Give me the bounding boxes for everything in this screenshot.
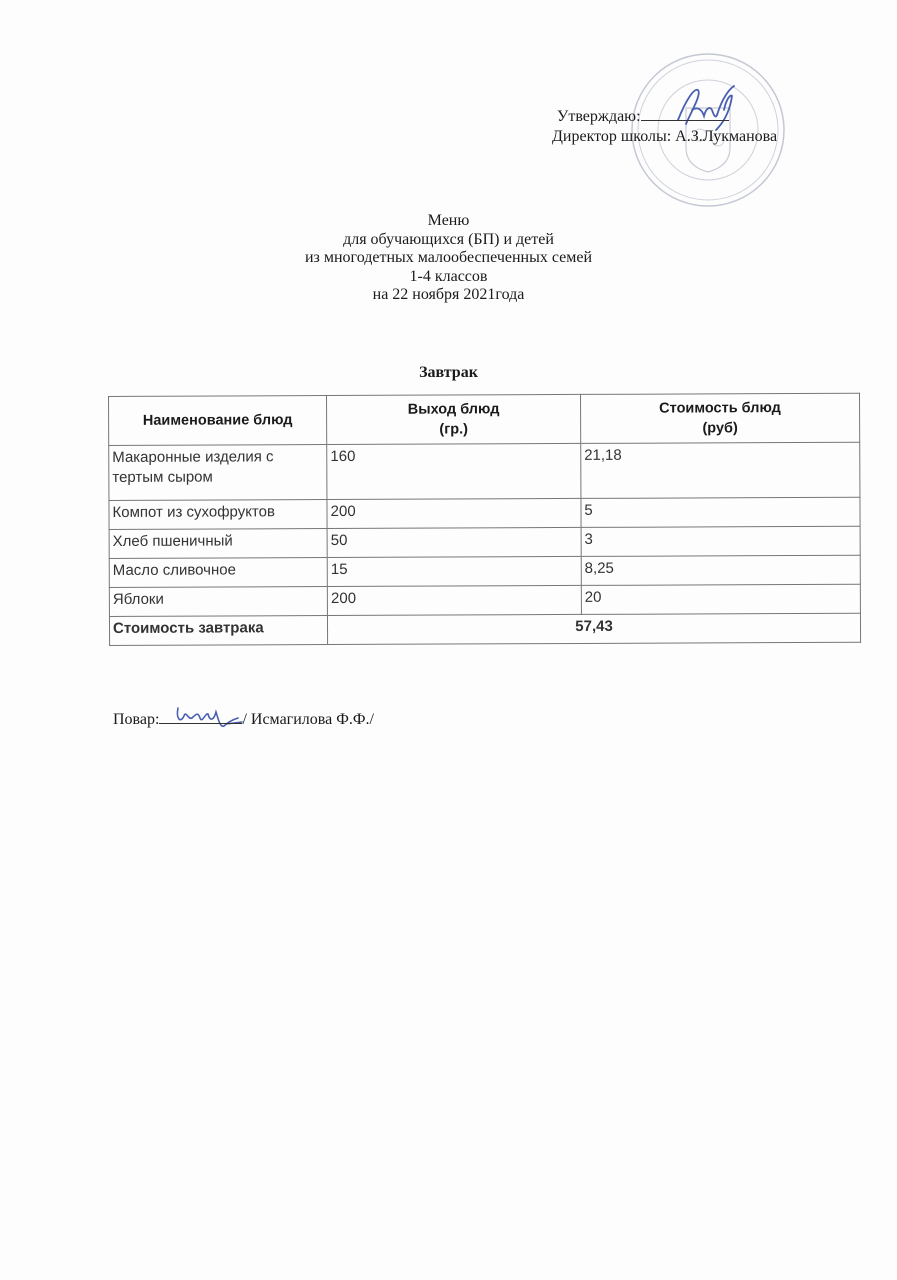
document-title: Меню для обучающихся (БП) и детей из мно… <box>0 212 897 305</box>
title-line: на 22 ноября 2021года <box>0 286 897 305</box>
dish-weight: 200 <box>327 498 581 528</box>
section-title: Завтрак <box>0 364 897 382</box>
dish-weight: 15 <box>327 556 581 586</box>
table-row: Макаронные изделия с тертым сыром 160 21… <box>109 442 860 500</box>
total-label: Стоимость завтрака <box>109 616 327 646</box>
title-line: Меню <box>0 212 897 231</box>
table-row: Компот из сухофруктов 200 5 <box>109 497 860 529</box>
approve-label: Утверждаю: <box>557 108 641 125</box>
table-row: Масло сливочное 15 8,25 <box>109 555 860 587</box>
total-value: 57,43 <box>328 613 861 644</box>
dish-name: Компот из сухофруктов <box>109 500 327 530</box>
dish-weight: 50 <box>327 527 581 557</box>
header-cost: Стоимость блюд (руб) <box>580 393 859 443</box>
dish-cost: 3 <box>581 526 860 556</box>
director-line: Директор школы: А.З.Лукманова <box>552 127 777 147</box>
approval-block: Утверждаю: Директор школы: А.З.Лукманова <box>552 106 777 147</box>
title-line: из многодетных малообеспеченных семей <box>0 249 897 268</box>
header-weight: Выход блюд (гр.) <box>327 394 581 444</box>
dish-name: Яблоки <box>109 587 327 617</box>
table-row: Хлеб пшеничный 50 3 <box>109 526 860 558</box>
table-row: Яблоки 200 20 <box>109 584 860 616</box>
menu-table: Наименование блюд Выход блюд (гр.) Стоим… <box>108 393 861 646</box>
dish-cost: 21,18 <box>581 442 860 498</box>
cook-name: / Исмагилова Ф.Ф./ <box>242 711 374 728</box>
dish-weight: 200 <box>327 585 581 615</box>
dish-name: Хлеб пшеничный <box>109 529 327 559</box>
table-header-row: Наименование блюд Выход блюд (гр.) Стоим… <box>109 393 860 445</box>
dish-cost: 5 <box>581 497 860 527</box>
title-line: для обучающихся (БП) и детей <box>0 231 897 250</box>
dish-name: Макаронные изделия с тертым сыром <box>109 445 327 501</box>
dish-weight: 160 <box>327 443 581 499</box>
signature-line <box>641 106 729 121</box>
cook-signature-line: Повар:/ Исмагилова Ф.Ф./ <box>113 709 374 729</box>
dish-name: Масло сливочное <box>109 558 327 588</box>
dish-cost: 8,25 <box>581 555 860 585</box>
signature-line <box>159 709 242 724</box>
total-row: Стоимость завтрака 57,43 <box>109 613 860 645</box>
title-line: 1-4 классов <box>0 268 897 287</box>
dish-cost: 20 <box>581 584 860 614</box>
cook-label: Повар: <box>113 711 159 728</box>
header-dish-name: Наименование блюд <box>109 396 327 446</box>
